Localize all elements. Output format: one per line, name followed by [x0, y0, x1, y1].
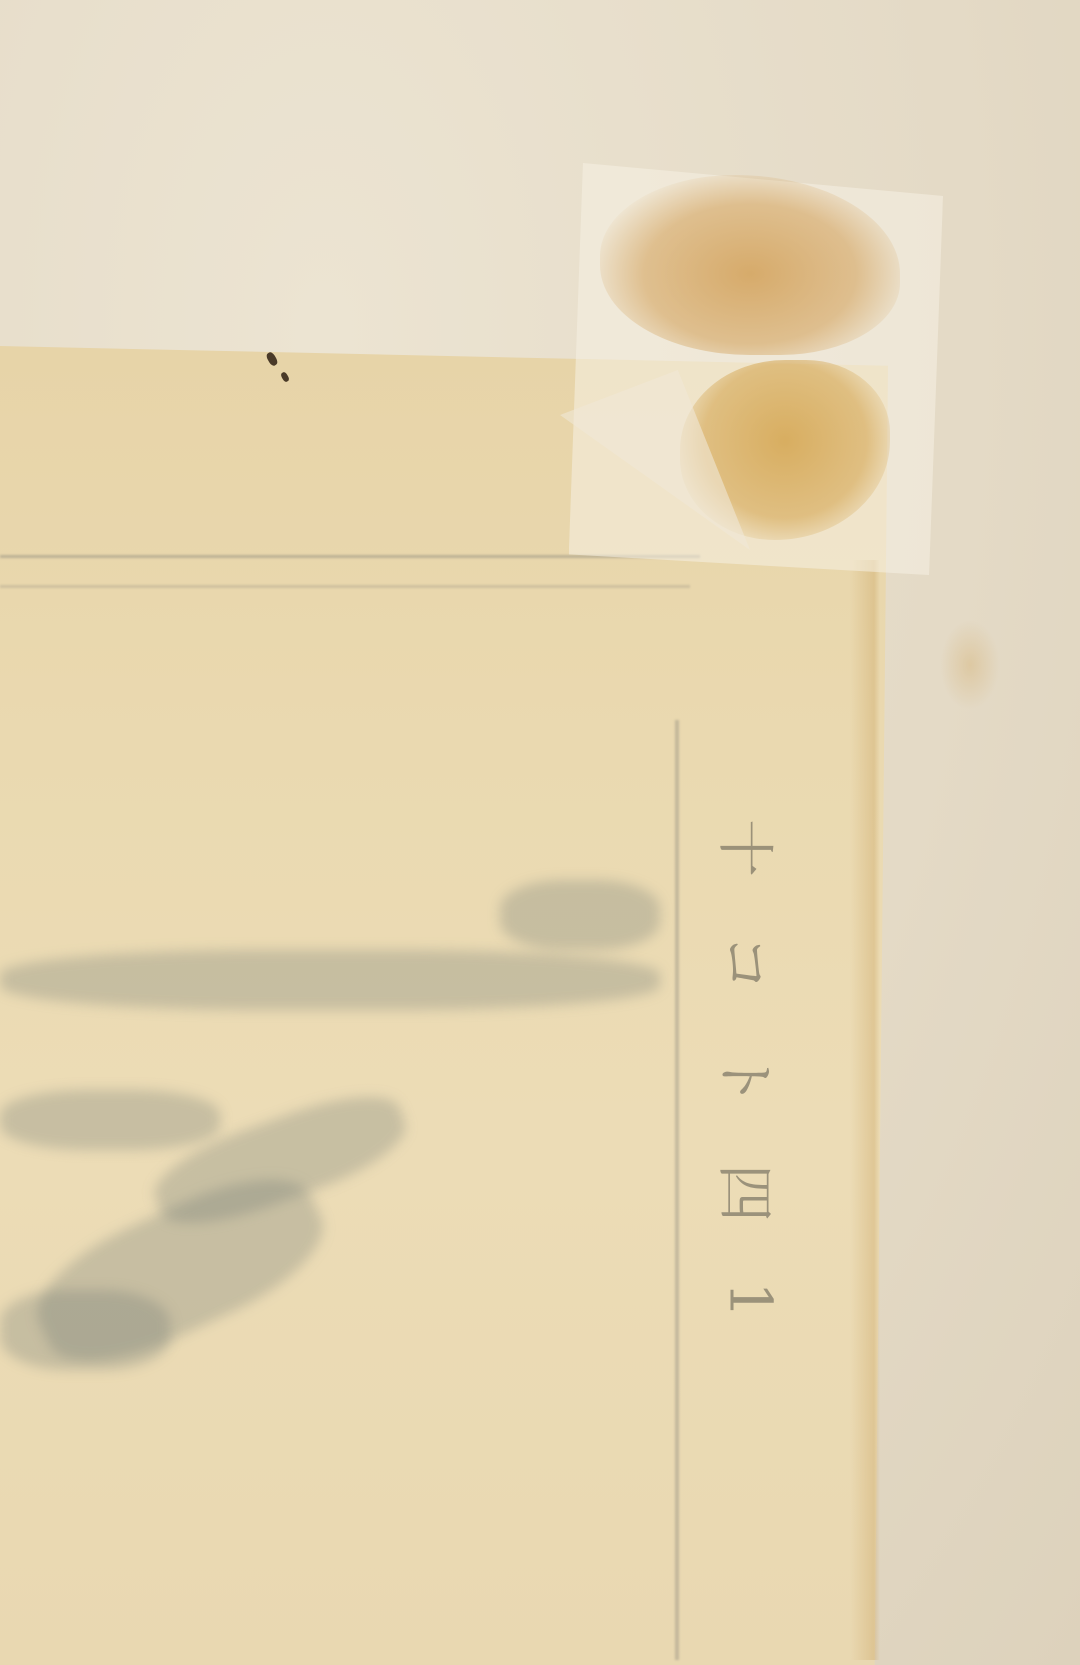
handwritten-mark: 四: [708, 1164, 792, 1222]
pencil-sketch-stroke: [500, 880, 660, 950]
pencil-sketch-stroke: [0, 950, 660, 1010]
handwritten-mark: コ: [708, 934, 792, 992]
handwritten-mark: 十: [708, 819, 792, 877]
pencil-border-line: [675, 720, 679, 1660]
sheet-edge-stain: [850, 560, 880, 1660]
handwritten-mark: ト: [708, 1049, 792, 1107]
handwritten-marks: 十 コ ト 四 1: [690, 790, 810, 1350]
pencil-border-line: [0, 585, 690, 588]
pencil-sketch-stroke: [0, 1290, 170, 1370]
mount-stain: [940, 620, 1000, 710]
pencil-sketch-stroke: [0, 1090, 220, 1150]
handwritten-mark: 1: [716, 1282, 784, 1319]
